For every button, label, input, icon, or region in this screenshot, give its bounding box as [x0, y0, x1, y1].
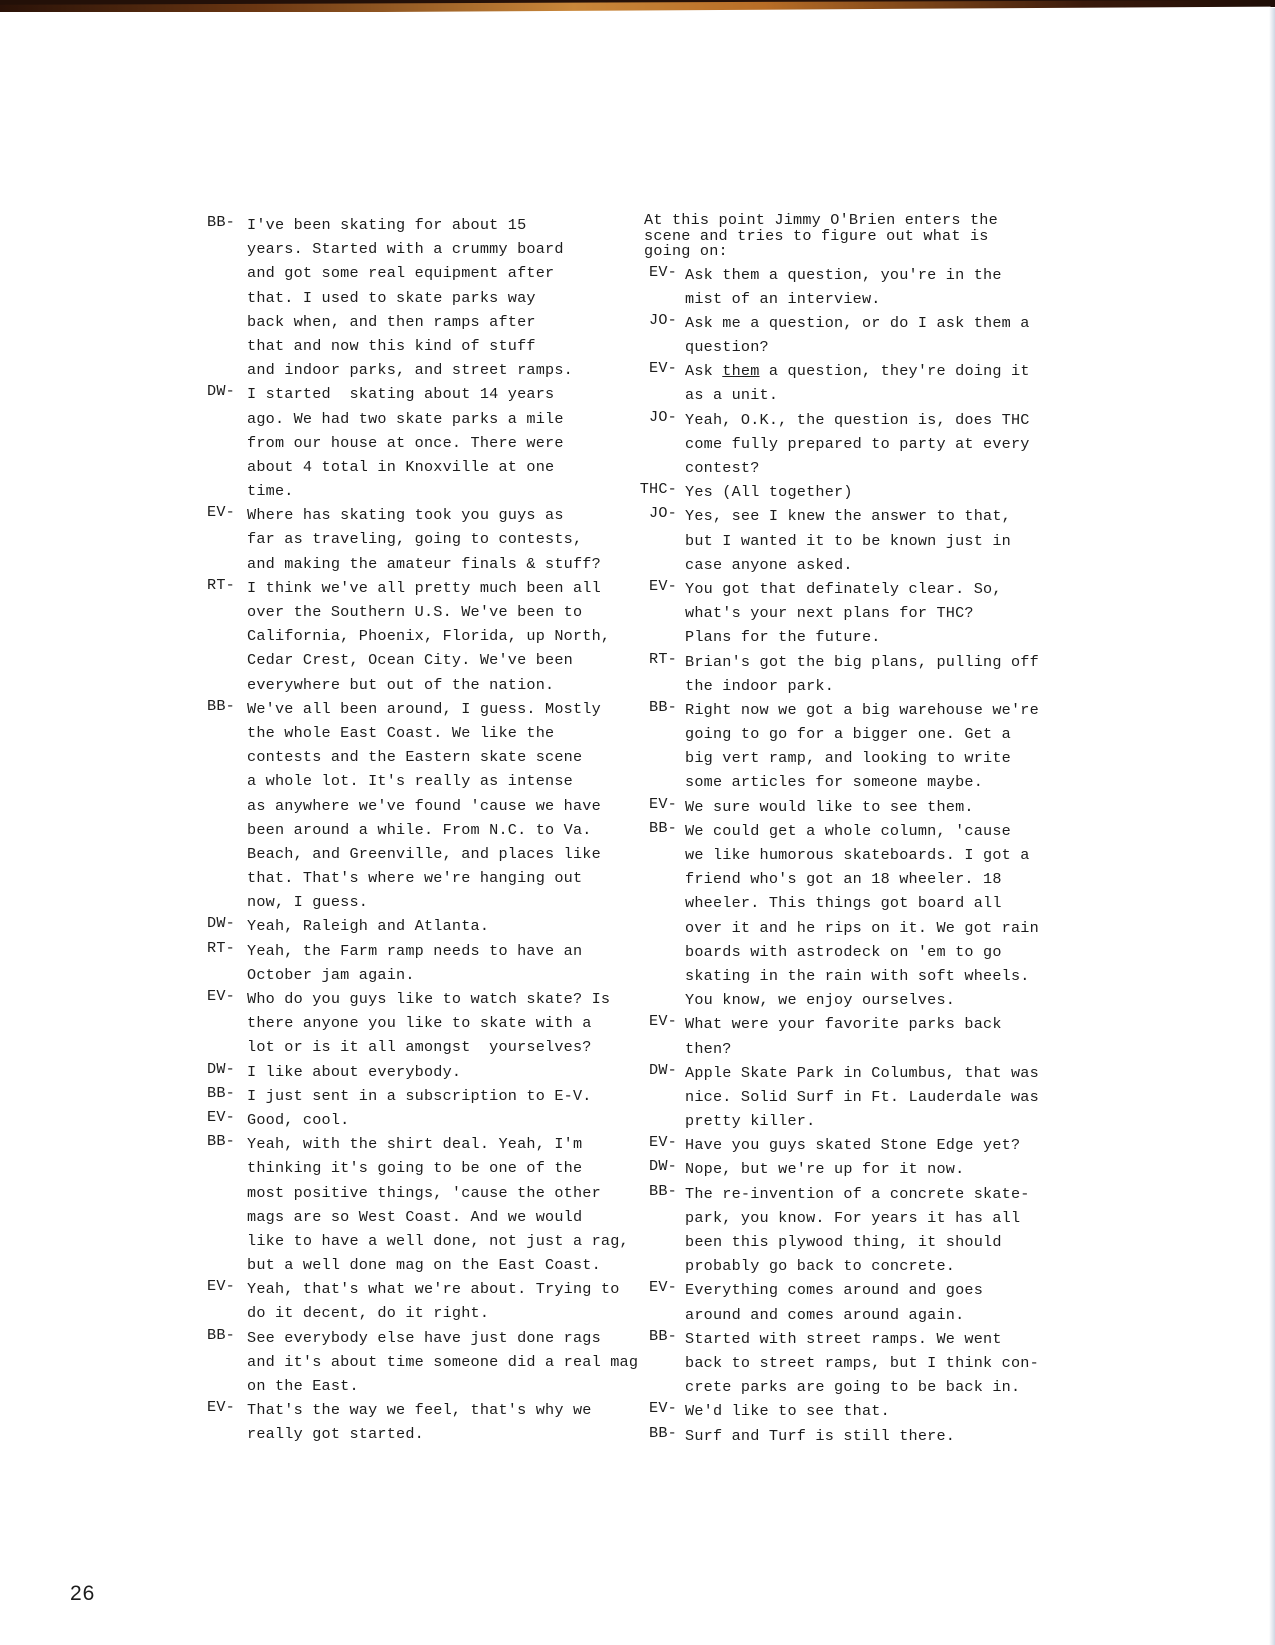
dialogue-text: See everybody else have just done ragsan…: [247, 1326, 657, 1399]
speaker-label: EV-: [640, 577, 685, 650]
text-line: Yeah, the Farm ramp needs to have an: [247, 939, 657, 963]
dialogue-entry: EV-Who do you guys like to watch skate? …: [207, 987, 657, 1060]
text-line: and got some real equipment after: [247, 261, 657, 285]
text-line: then?: [685, 1037, 1100, 1061]
dialogue-text: I like about everybody.: [247, 1060, 657, 1084]
text-line: lot or is it all amongst yourselves?: [247, 1035, 657, 1059]
text-line: Yes (All together): [685, 480, 1100, 504]
dialogue-text: We sure would like to see them.: [685, 795, 1100, 819]
dialogue-entry: DW-I like about everybody.: [207, 1060, 657, 1084]
dialogue-text: Brian's got the big plans, pulling offth…: [685, 650, 1100, 698]
dialogue-entry: EV-We'd like to see that.: [640, 1399, 1100, 1423]
text-line: that and now this kind of stuff: [247, 334, 657, 358]
dialogue-text: Started with street ramps. We wentback t…: [685, 1327, 1100, 1400]
dialogue-text: Yeah, with the shirt deal. Yeah, I'mthin…: [247, 1132, 657, 1277]
dialogue-text: That's the way we feel, that's why werea…: [247, 1398, 657, 1446]
speaker-label: EV-: [207, 1108, 247, 1132]
page-right-edge: [1269, 8, 1275, 1645]
text-line: Beach, and Greenville, and places like: [247, 842, 657, 866]
text-line: Surf and Turf is still there.: [685, 1424, 1100, 1448]
dialogue-text: Where has skating took you guys asfar as…: [247, 503, 657, 576]
text-line: See everybody else have just done rags: [247, 1326, 657, 1350]
speaker-label: DW-: [640, 1061, 685, 1134]
dialogue-entry: BB-See everybody else have just done rag…: [207, 1326, 657, 1399]
text-line: back when, and then ramps after: [247, 310, 657, 334]
speaker-label: JO-: [640, 311, 685, 359]
text-line: contest?: [685, 456, 1100, 480]
speaker-label: EV-: [207, 987, 247, 1060]
speaker-label: RT-: [640, 650, 685, 698]
dialogue-entry: BB-Started with street ramps. We wentbac…: [640, 1327, 1100, 1400]
dialogue-text: Apple Skate Park in Columbus, that wasni…: [685, 1061, 1100, 1134]
text-line: Brian's got the big plans, pulling off: [685, 650, 1100, 674]
text-line: thinking it's going to be one of the: [247, 1156, 657, 1180]
speaker-label: DW-: [640, 1157, 685, 1181]
dialogue-entry: RT-Brian's got the big plans, pulling of…: [640, 650, 1100, 698]
page-number: 26: [70, 1582, 95, 1606]
text-line: October jam again.: [247, 963, 657, 987]
dialogue-text: I've been skating for about 15years. Sta…: [247, 213, 657, 382]
text-line: Started with street ramps. We went: [685, 1327, 1100, 1351]
speaker-label: BB-: [640, 819, 685, 1013]
text-line: been this plywood thing, it should: [685, 1230, 1100, 1254]
dialogue-text: Yeah, Raleigh and Atlanta.: [247, 914, 657, 938]
dialogue-text: Surf and Turf is still there.: [685, 1424, 1100, 1448]
dialogue-text: Yes, see I knew the answer to that,but I…: [685, 504, 1100, 577]
text-line: as anywhere we've found 'cause we have: [247, 794, 657, 818]
text-line: and making the amateur finals & stuff?: [247, 552, 657, 576]
text-line: time.: [247, 479, 657, 503]
text-line: I just sent in a subscription to E-V.: [247, 1084, 657, 1108]
dialogue-entry: EV-Everything comes around and goesaroun…: [640, 1278, 1100, 1326]
text-line: ago. We had two skate parks a mile: [247, 407, 657, 431]
dialogue-entry: EV-We sure would like to see them.: [640, 795, 1100, 819]
dialogue-text: We've all been around, I guess. Mostlyth…: [247, 697, 657, 915]
text-line: mist of an interview.: [685, 287, 1100, 311]
text-line: Nope, but we're up for it now.: [685, 1157, 1100, 1181]
speaker-label: EV-: [640, 1133, 685, 1157]
dialogue-text: Ask them a question, you're in themist o…: [685, 263, 1100, 311]
text-line: now, I guess.: [247, 890, 657, 914]
dialogue-text: Nope, but we're up for it now.: [685, 1157, 1100, 1181]
interview-left-column: BB-I've been skating for about 15years. …: [207, 213, 657, 1447]
speaker-label: THC-: [630, 480, 685, 504]
speaker-label: RT-: [207, 576, 247, 697]
text-line: Ask them a question, you're in the: [685, 263, 1100, 287]
text-line: We'd like to see that.: [685, 1399, 1100, 1423]
dialogue-text: Yes (All together): [685, 480, 1100, 504]
text-line: but a well done mag on the East Coast.: [247, 1253, 657, 1277]
text-line: I started skating about 14 years: [247, 382, 657, 406]
text-line: probably go back to concrete.: [685, 1254, 1100, 1278]
dialogue-entry: BB-Yeah, with the shirt deal. Yeah, I'mt…: [207, 1132, 657, 1277]
text-line: That's the way we feel, that's why we: [247, 1398, 657, 1422]
text-line: that. That's where we're hanging out: [247, 866, 657, 890]
dialogue-entry: BB-The re-invention of a concrete skate-…: [640, 1182, 1100, 1279]
text-line: We've all been around, I guess. Mostly: [247, 697, 657, 721]
text-line: the indoor park.: [685, 674, 1100, 698]
dialogue-text: I just sent in a subscription to E-V.: [247, 1084, 657, 1108]
speaker-label: JO-: [640, 408, 685, 481]
dialogue-entry: DW-Yeah, Raleigh and Atlanta.: [207, 914, 657, 938]
text-line: You got that definately clear. So,: [685, 577, 1100, 601]
text-line: skating in the rain with soft wheels.: [685, 964, 1100, 988]
dialogue-entry: EV-Ask them a question, they're doing it…: [640, 359, 1100, 407]
text-line: wheeler. This things got board all: [685, 891, 1100, 915]
speaker-label: BB-: [640, 1424, 685, 1448]
text-line: far as traveling, going to contests,: [247, 527, 657, 551]
speaker-label: BB-: [207, 213, 247, 382]
underlined-emphasis: them: [722, 362, 759, 380]
dialogue-text: Good, cool.: [247, 1108, 657, 1132]
text-line: the whole East Coast. We like the: [247, 721, 657, 745]
dialogue-entry: JO-Ask me a question, or do I ask them a…: [640, 311, 1100, 359]
text-line: I like about everybody.: [247, 1060, 657, 1084]
text-line: What were your favorite parks back: [685, 1012, 1100, 1036]
text-line: over it and he rips on it. We got rain: [685, 916, 1100, 940]
text-line: Ask them a question, they're doing it: [685, 359, 1100, 383]
text-line: We sure would like to see them.: [685, 795, 1100, 819]
speaker-label: EV-: [640, 1278, 685, 1326]
dialogue-text: Yeah, that's what we're about. Trying to…: [247, 1277, 657, 1325]
text-line: as a unit.: [685, 383, 1100, 407]
text-line: friend who's got an 18 wheeler. 18: [685, 867, 1100, 891]
dialogue-text: Everything comes around and goesaround a…: [685, 1278, 1100, 1326]
dialogue-entry: EV-Yeah, that's what we're about. Trying…: [207, 1277, 657, 1325]
dialogue-entry: EV-You got that definately clear. So,wha…: [640, 577, 1100, 650]
speaker-label: JO-: [640, 504, 685, 577]
text-line: going to go for a bigger one. Get a: [685, 722, 1100, 746]
speaker-label: DW-: [207, 1060, 247, 1084]
speaker-label: BB-: [207, 1084, 247, 1108]
text-line: that. I used to skate parks way: [247, 286, 657, 310]
dialogue-entry: EV-Ask them a question, you're in themis…: [640, 263, 1100, 311]
dialogue-text: Ask me a question, or do I ask them aque…: [685, 311, 1100, 359]
interview-right-column: At this point Jimmy O'Brien enters thesc…: [640, 213, 1100, 1448]
text-line: like to have a well done, not just a rag…: [247, 1229, 657, 1253]
text-line: question?: [685, 335, 1100, 359]
text-line: I think we've all pretty much been all: [247, 576, 657, 600]
text-line: Yeah, Raleigh and Atlanta.: [247, 914, 657, 938]
text-line: Apple Skate Park in Columbus, that was: [685, 1061, 1100, 1085]
text-line: Plans for the future.: [685, 625, 1100, 649]
text-line: and it's about time someone did a real m…: [247, 1350, 657, 1374]
text-line: boards with astrodeck on 'em to go: [685, 940, 1100, 964]
dialogue-entry: EV-That's the way we feel, that's why we…: [207, 1398, 657, 1446]
text-line: over the Southern U.S. We've been to: [247, 600, 657, 624]
text-line: Cedar Crest, Ocean City. We've been: [247, 648, 657, 672]
dialogue-entry: EV-Where has skating took you guys asfar…: [207, 503, 657, 576]
text-line: come fully prepared to party at every: [685, 432, 1100, 456]
dialogue-entry: JO-Yes, see I knew the answer to that,bu…: [640, 504, 1100, 577]
dialogue-entry: BB-We've all been around, I guess. Mostl…: [207, 697, 657, 915]
dialogue-entry: JO-Yeah, O.K., the question is, does THC…: [640, 408, 1100, 481]
speaker-label: EV-: [640, 359, 685, 407]
dialogue-entry: DW-Apple Skate Park in Columbus, that wa…: [640, 1061, 1100, 1134]
text-line: park, you know. For years it has all: [685, 1206, 1100, 1230]
dialogue-entry: BB-Right now we got a big warehouse we'r…: [640, 698, 1100, 795]
dialogue-entry: EV-Have you guys skated Stone Edge yet?: [640, 1133, 1100, 1157]
text-line: some articles for someone maybe.: [685, 770, 1100, 794]
dialogue-entry: BB-I've been skating for about 15years. …: [207, 213, 657, 382]
text-line: We could get a whole column, 'cause: [685, 819, 1100, 843]
speaker-label: EV-: [640, 1399, 685, 1423]
text-line: big vert ramp, and looking to write: [685, 746, 1100, 770]
speaker-label: BB-: [640, 1182, 685, 1279]
dialogue-entry: THC-Yes (All together): [640, 480, 1100, 504]
dialogue-entry: RT-Yeah, the Farm ramp needs to have anO…: [207, 939, 657, 987]
text-line: from our house at once. There were: [247, 431, 657, 455]
text-line: Everything comes around and goes: [685, 1278, 1100, 1302]
speaker-label: BB-: [207, 697, 247, 915]
text-line: Right now we got a big warehouse we're: [685, 698, 1100, 722]
speaker-label: EV-: [640, 795, 685, 819]
text-line: back to street ramps, but I think con-: [685, 1351, 1100, 1375]
speaker-label: BB-: [640, 698, 685, 795]
dialogue-text: We could get a whole column, 'causewe li…: [685, 819, 1100, 1013]
dialogue-entry: BB-I just sent in a subscription to E-V.: [207, 1084, 657, 1108]
text-line: Ask me a question, or do I ask them a: [685, 311, 1100, 335]
text-line: Good, cool.: [247, 1108, 657, 1132]
speaker-label: BB-: [207, 1132, 247, 1277]
text-line: You know, we enjoy ourselves.: [685, 988, 1100, 1012]
text-line: California, Phoenix, Florida, up North,: [247, 624, 657, 648]
text-line: The re-invention of a concrete skate-: [685, 1182, 1100, 1206]
dialogue-entry: RT-I think we've all pretty much been al…: [207, 576, 657, 697]
speaker-label: EV-: [207, 503, 247, 576]
dialogue-entry: EV-Good, cool.: [207, 1108, 657, 1132]
speaker-label: DW-: [207, 382, 247, 503]
text-line: most positive things, 'cause the other: [247, 1181, 657, 1205]
speaker-label: RT-: [207, 939, 247, 987]
text-line: Where has skating took you guys as: [247, 503, 657, 527]
text-line: contests and the Eastern skate scene: [247, 745, 657, 769]
intro-line: going on:: [644, 244, 1100, 260]
text-line: mags are so West Coast. And we would: [247, 1205, 657, 1229]
text-line: around and comes around again.: [685, 1303, 1100, 1327]
speaker-label: BB-: [207, 1326, 247, 1399]
dialogue-text: Who do you guys like to watch skate? Ist…: [247, 987, 657, 1060]
text-line: everywhere but out of the nation.: [247, 673, 657, 697]
text-line: pretty killer.: [685, 1109, 1100, 1133]
dialogue-text: Yeah, the Farm ramp needs to have anOcto…: [247, 939, 657, 987]
dialogue-text: What were your favorite parks backthen?: [685, 1012, 1100, 1060]
dialogue-text: Yeah, O.K., the question is, does THCcom…: [685, 408, 1100, 481]
text-line: years. Started with a crummy board: [247, 237, 657, 261]
text-line: Who do you guys like to watch skate? Is: [247, 987, 657, 1011]
dialogue-text: Ask them a question, they're doing itas …: [685, 359, 1100, 407]
dialogue-entry: BB-Surf and Turf is still there.: [640, 1424, 1100, 1448]
speaker-label: EV-: [207, 1277, 247, 1325]
dialogue-text: The re-invention of a concrete skate-par…: [685, 1182, 1100, 1279]
text-line: about 4 total in Knoxville at one: [247, 455, 657, 479]
text-line: Yes, see I knew the answer to that,: [685, 504, 1100, 528]
text-line: on the East.: [247, 1374, 657, 1398]
text-line: what's your next plans for THC?: [685, 601, 1100, 625]
speaker-label: EV-: [207, 1398, 247, 1446]
dialogue-text: I think we've all pretty much been allov…: [247, 576, 657, 697]
text-line: do it decent, do it right.: [247, 1301, 657, 1325]
speaker-label: EV-: [640, 263, 685, 311]
text-line: really got started.: [247, 1422, 657, 1446]
dialogue-text: I started skating about 14 yearsago. We …: [247, 382, 657, 503]
dialogue-entry: DW-I started skating about 14 yearsago. …: [207, 382, 657, 503]
dialogue-entry: BB-We could get a whole column, 'causewe…: [640, 819, 1100, 1013]
text-line: nice. Solid Surf in Ft. Lauderdale was: [685, 1085, 1100, 1109]
text-line: been around a while. From N.C. to Va.: [247, 818, 657, 842]
text-line: but I wanted it to be known just in: [685, 529, 1100, 553]
speaker-label: DW-: [207, 914, 247, 938]
dialogue-entry: EV-What were your favorite parks backthe…: [640, 1012, 1100, 1060]
dialogue-text: We'd like to see that.: [685, 1399, 1100, 1423]
dialogue-text: You got that definately clear. So,what's…: [685, 577, 1100, 650]
text-line: Yeah, O.K., the question is, does THC: [685, 408, 1100, 432]
text-line: Have you guys skated Stone Edge yet?: [685, 1133, 1100, 1157]
text-line: crete parks are going to be back in.: [685, 1375, 1100, 1399]
dialogue-entry: DW-Nope, but we're up for it now.: [640, 1157, 1100, 1181]
text-line: I've been skating for about 15: [247, 213, 657, 237]
speaker-label: EV-: [640, 1012, 685, 1060]
dialogue-text: Right now we got a big warehouse we'rego…: [685, 698, 1100, 795]
text-line: Yeah, that's what we're about. Trying to: [247, 1277, 657, 1301]
text-line: case anyone asked.: [685, 553, 1100, 577]
text-line: and indoor parks, and street ramps.: [247, 358, 657, 382]
text-line: Yeah, with the shirt deal. Yeah, I'm: [247, 1132, 657, 1156]
scene-intro-note: At this point Jimmy O'Brien enters thesc…: [644, 213, 1100, 260]
text-line: a whole lot. It's really as intense: [247, 769, 657, 793]
text-line: we like humorous skateboards. I got a: [685, 843, 1100, 867]
text-line: there anyone you like to skate with a: [247, 1011, 657, 1035]
speaker-label: BB-: [640, 1327, 685, 1400]
dialogue-text: Have you guys skated Stone Edge yet?: [685, 1133, 1100, 1157]
